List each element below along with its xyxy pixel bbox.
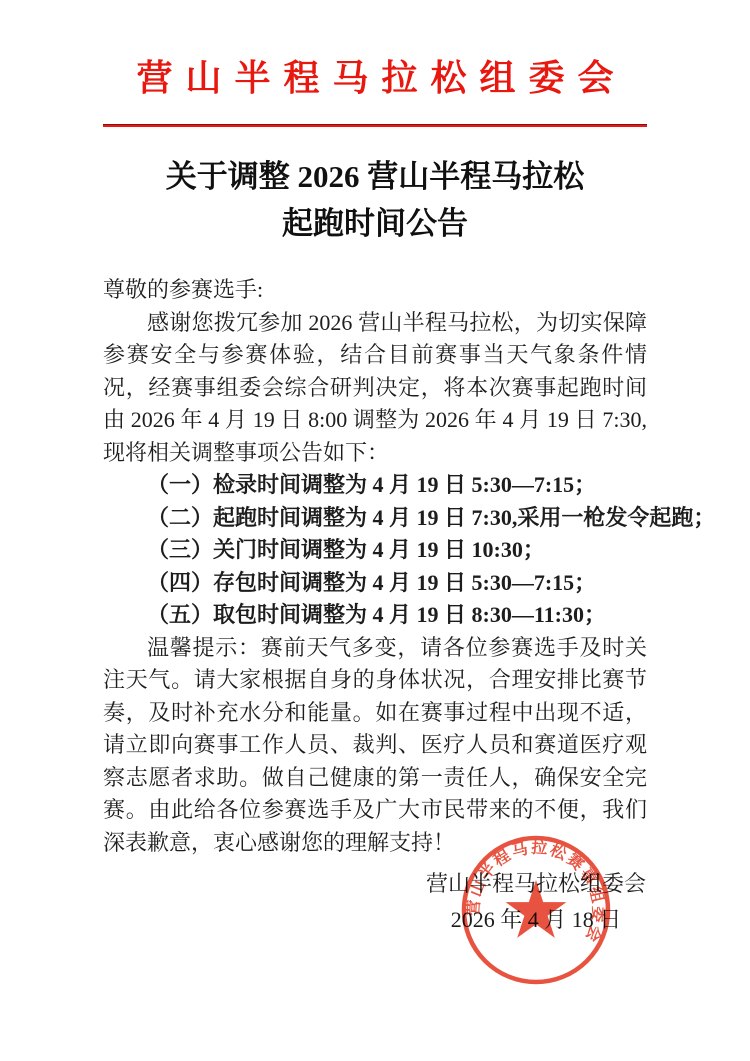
- salutation: 尊敬的参赛选手:: [103, 274, 647, 307]
- signature-block: 营山半程马拉松组委会 2026 年 4 月 18 日: [426, 866, 646, 938]
- paragraph-intro: 感谢您拨冗参加 2026 营山半程马拉松，为切实保障参赛安全与参赛体验，结合目前…: [103, 307, 647, 470]
- notice-title: 关于调整 2026 营山半程马拉松 起跑时间公告: [0, 153, 750, 247]
- schedule-item-start: （二）起跑时间调整为 4 月 19 日 7:30,采用一枪发令起跑；: [103, 502, 647, 535]
- notice-title-line2: 起跑时间公告: [282, 206, 468, 241]
- schedule-item-bag-drop: （四）存包时间调整为 4 月 19 日 5:30—7:15；: [103, 567, 647, 600]
- document-page: 营山半程马拉松组委会 关于调整 2026 营山半程马拉松 起跑时间公告 尊敬的参…: [0, 0, 750, 1061]
- signature-org: 营山半程马拉松组委会: [426, 866, 646, 902]
- schedule-item-checkin: （一）检录时间调整为 4 月 19 日 5:30—7:15；: [103, 469, 647, 502]
- schedule-item-closing: （三）关门时间调整为 4 月 19 日 10:30；: [103, 534, 647, 567]
- notice-title-line1: 关于调整 2026 营山半程马拉松: [166, 159, 585, 194]
- organization-title: 营山半程马拉松组委会: [0, 56, 750, 100]
- paragraph-tips: 温馨提示：赛前天气多变，请各位参赛选手及时关注天气。请大家根据自身的身体状况，合…: [103, 632, 647, 860]
- notice-body: 尊敬的参赛选手: 感谢您拨冗参加 2026 营山半程马拉松，为切实保障参赛安全与…: [103, 274, 647, 859]
- header-divider: [103, 124, 647, 127]
- signature-date: 2026 年 4 月 18 日: [426, 902, 646, 938]
- schedule-item-bag-pickup: （五）取包时间调整为 4 月 19 日 8:30—11:30；: [103, 599, 647, 632]
